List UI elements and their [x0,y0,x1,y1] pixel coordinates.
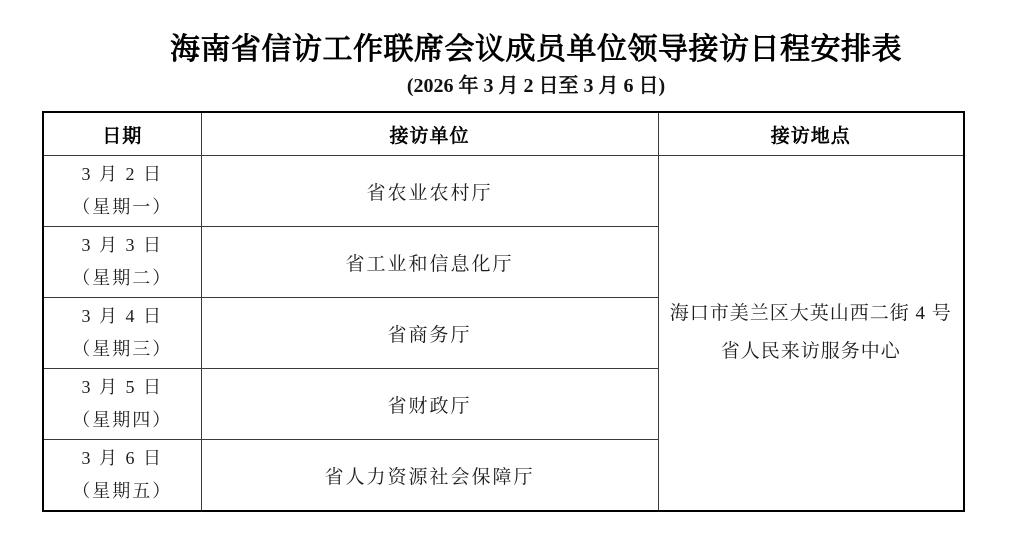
schedule-table: 日期 接访单位 接访地点 3 月 2 日 （星期一） 省农业农村厅 海口市美兰区… [42,111,965,512]
table-row: 3 月 2 日 （星期一） 省农业农村厅 海口市美兰区大英山西二街 4 号 省人… [43,156,964,227]
page-subtitle: (2026 年 3 月 2 日至 3 月 6 日) [48,73,1024,100]
weekday-text: （星期五） [44,475,201,508]
page-title: 海南省信访工作联席会议成员单位领导接访日程安排表 [48,31,1024,69]
weekday-text: （星期二） [44,262,201,295]
date-cell: 3 月 2 日 （星期一） [43,156,201,227]
unit-cell: 省农业农村厅 [201,156,658,227]
unit-cell: 省人力资源社会保障厅 [201,440,658,512]
weekday-text: （星期一） [44,191,201,224]
date-cell: 3 月 6 日 （星期五） [43,440,201,512]
date-cell: 3 月 3 日 （星期二） [43,227,201,298]
date-text: 3 月 4 日 [44,300,201,333]
column-header-location: 接访地点 [658,112,964,156]
unit-cell: 省工业和信息化厅 [201,227,658,298]
column-header-unit: 接访单位 [201,112,658,156]
date-text: 3 月 3 日 [44,229,201,262]
date-cell: 3 月 5 日 （星期四） [43,369,201,440]
unit-cell: 省财政厅 [201,369,658,440]
unit-cell: 省商务厅 [201,298,658,369]
date-cell: 3 月 4 日 （星期三） [43,298,201,369]
header-row: 日期 接访单位 接访地点 [43,112,964,156]
column-header-date: 日期 [43,112,201,156]
weekday-text: （星期四） [44,404,201,437]
weekday-text: （星期三） [44,333,201,366]
location-name: 省人民来访服务中心 [659,333,964,371]
location-address: 海口市美兰区大英山西二街 4 号 [659,295,964,333]
document-page: 海南省信访工作联席会议成员单位领导接访日程安排表 (2026 年 3 月 2 日… [0,0,1024,559]
date-text: 3 月 5 日 [44,371,201,404]
location-cell: 海口市美兰区大英山西二街 4 号 省人民来访服务中心 [658,156,964,512]
date-text: 3 月 6 日 [44,442,201,475]
date-text: 3 月 2 日 [44,158,201,191]
